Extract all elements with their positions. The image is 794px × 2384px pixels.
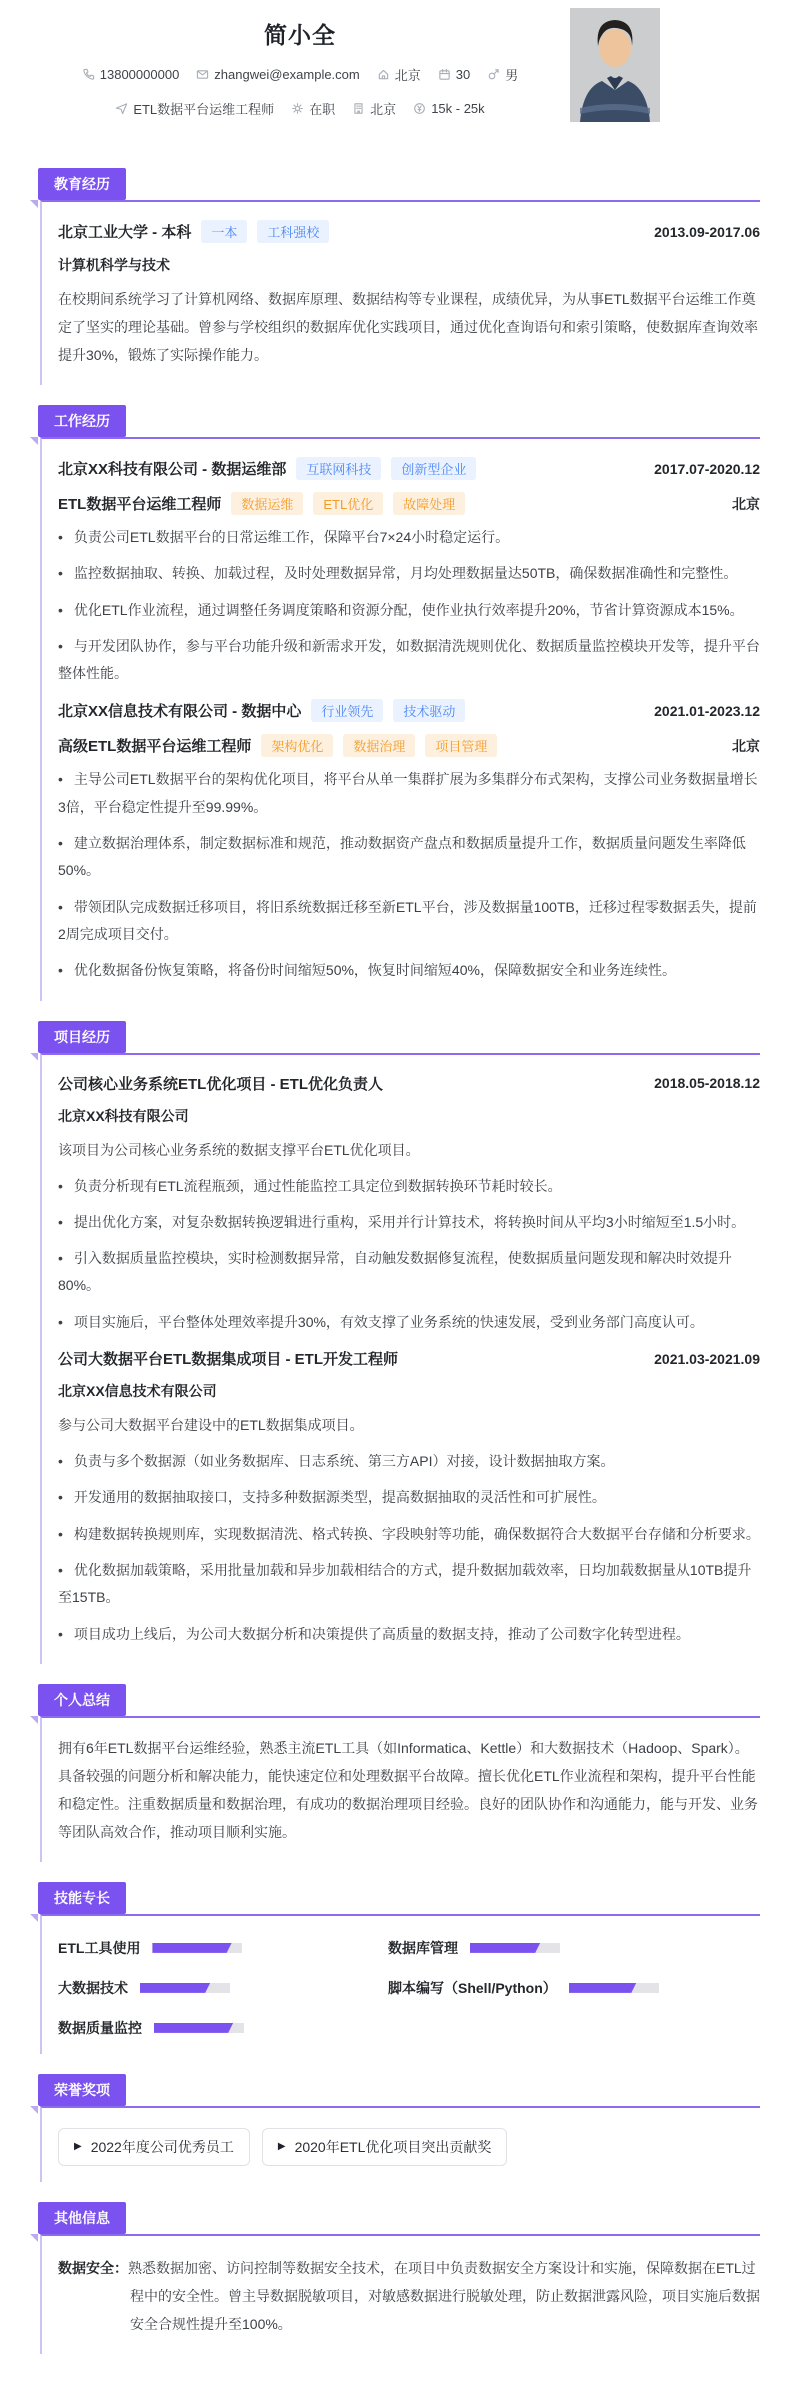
job-bullet: 与开发团队协作，参与平台功能升级和新需求开发，如数据清洗规则优化、数据质量监控模… bbox=[58, 633, 760, 688]
play-icon: ▶ bbox=[74, 2142, 82, 2152]
company-name: 北京XX科技有限公司 - 数据运维部 bbox=[58, 458, 286, 479]
project-bullet: 提出优化方案，对复杂数据转换逻辑进行重构，采用并行计算技术，将转换时间从平均3小… bbox=[58, 1209, 760, 1236]
education-tag: 一本 bbox=[201, 220, 247, 243]
role-tag: 架构优化 bbox=[261, 734, 333, 757]
project-bullet: 项目成功上线后，为公司大数据分析和决策提供了高质量的数据支持，推动了公司数字化转… bbox=[58, 1621, 760, 1648]
section-honors-body: ▶ 2022年度公司优秀员工 ▶ 2020年ETL优化项目突出贡献奖 bbox=[40, 2106, 760, 2182]
project-description: 该项目为公司核心业务系统的数据支撑平台ETL优化项目。 bbox=[58, 1136, 760, 1164]
contact-city-text: 北京 bbox=[370, 99, 396, 118]
role-tag: 数据治理 bbox=[343, 734, 415, 757]
section-education: 教育经历 北京工业大学 - 本科 一本 工科强校 2013.09-2017.06… bbox=[0, 148, 794, 385]
project-company-row: 北京XX科技有限公司 bbox=[58, 1106, 760, 1126]
contact-age-text: 30 bbox=[456, 67, 470, 82]
project-bullet: 构建数据转换规则库，实现数据清洗、格式转换、字段映射等功能，确保数据符合大数据平… bbox=[58, 1521, 760, 1548]
skill-item: 数据质量监控 bbox=[58, 2018, 388, 2038]
contact-location-text: 北京 bbox=[395, 65, 421, 84]
project-bullet: 负责分析现有ETL流程瓶颈，通过性能监控工具定位到数据转换环节耗时较长。 bbox=[58, 1173, 760, 1200]
section-education-body: 北京工业大学 - 本科 一本 工科强校 2013.09-2017.06 计算机科… bbox=[40, 200, 760, 385]
gear-icon bbox=[291, 102, 304, 115]
company-tag: 创新型企业 bbox=[391, 457, 476, 480]
skill-item: 数据库管理 bbox=[388, 1938, 760, 1958]
section-other-body: 数据安全：熟悉数据加密、访问控制等数据安全技术，在项目中负责数据安全方案设计和实… bbox=[40, 2234, 760, 2354]
honor-chip: ▶ 2020年ETL优化项目突出贡献奖 bbox=[262, 2128, 508, 2166]
skill-bar bbox=[140, 1983, 230, 1993]
section-skills-body: ETL工具使用 数据库管理 大数据技术 脚本编写（Shell/Python） 数… bbox=[40, 1914, 760, 2054]
job-bullet: 负责公司ETL数据平台的日常运维工作，保障平台7×24小时稳定运行。 bbox=[58, 524, 760, 551]
section-summary-body: 拥有6年ETL数据平台运维经验，熟悉主流ETL工具（如Informatica、K… bbox=[40, 1716, 760, 1862]
section-projects: 项目经历 公司核心业务系统ETL优化项目 - ETL优化负责人 2018.05-… bbox=[0, 1001, 794, 1664]
project-title-left: 公司核心业务系统ETL优化项目 - ETL优化负责人 bbox=[58, 1073, 654, 1094]
education-tag: 工科强校 bbox=[257, 220, 329, 243]
section-skills: 技能专长 ETL工具使用 数据库管理 大数据技术 脚本编写（Shell/Pyth… bbox=[0, 1862, 794, 2054]
contact-phone-text: 13800000000 bbox=[100, 67, 180, 82]
job-bullet: 监控数据抽取、转换、加载过程，及时处理数据异常，月均处理数据量达50TB，确保数… bbox=[58, 560, 760, 587]
skill-label: 数据质量监控 bbox=[58, 2018, 142, 2038]
job-role-left: ETL数据平台运维工程师 数据运维 ETL优化 故障处理 bbox=[58, 492, 732, 515]
education-major: 计算机科学与技术 bbox=[58, 255, 170, 275]
job-role: ETL数据平台运维工程师 bbox=[58, 493, 221, 514]
honor-chips: ▶ 2022年度公司优秀员工 ▶ 2020年ETL优化项目突出贡献奖 bbox=[58, 2128, 760, 2166]
education-school-row: 北京工业大学 - 本科 一本 工科强校 2013.09-2017.06 bbox=[58, 220, 760, 243]
honor-chip: ▶ 2022年度公司优秀员工 bbox=[58, 2128, 250, 2166]
contact-city: 北京 bbox=[352, 99, 396, 118]
role-tag: 项目管理 bbox=[425, 734, 497, 757]
section-honors-badge: 荣誉奖项 bbox=[38, 2074, 126, 2106]
project-company: 北京XX信息技术有限公司 bbox=[58, 1381, 217, 1401]
project-description: 参与公司大数据平台建设中的ETL数据集成项目。 bbox=[58, 1411, 760, 1439]
section-projects-body: 公司核心业务系统ETL优化项目 - ETL优化负责人 2018.05-2018.… bbox=[40, 1053, 760, 1664]
section-other-badge: 其他信息 bbox=[38, 2202, 126, 2234]
phone-icon bbox=[82, 68, 95, 81]
company-tag: 互联网科技 bbox=[296, 457, 381, 480]
project-bullet: 优化数据加载策略，采用批量加载和异步加载相结合的方式，提升数据加载效率，日均加载… bbox=[58, 1557, 760, 1612]
contact-position: ETL数据平台运维工程师 bbox=[115, 99, 274, 118]
profile-photo-image bbox=[570, 8, 660, 122]
project-date: 2018.05-2018.12 bbox=[654, 1075, 760, 1091]
education-date: 2013.09-2017.06 bbox=[654, 224, 760, 240]
contact-salary-text: 15k - 25k bbox=[431, 101, 484, 116]
job-company-left: 北京XX科技有限公司 - 数据运维部 互联网科技 创新型企业 bbox=[58, 457, 654, 480]
job-bullet: 建立数据治理体系，制定数据标准和规范，推动数据资产盘点和数据质量提升工作，数据质… bbox=[58, 830, 760, 885]
project-title-row: 公司大数据平台ETL数据集成项目 - ETL开发工程师 2021.03-2021… bbox=[58, 1348, 760, 1369]
project-company: 北京XX科技有限公司 bbox=[58, 1106, 189, 1126]
skill-label: ETL工具使用 bbox=[58, 1938, 140, 1958]
contact-email: zhangwei@example.com bbox=[196, 67, 359, 82]
project-title-row: 公司核心业务系统ETL优化项目 - ETL优化负责人 2018.05-2018.… bbox=[58, 1073, 760, 1094]
project-bullet: 开发通用的数据抽取接口，支持多种数据源类型，提高数据抽取的灵活性和可扩展性。 bbox=[58, 1484, 760, 1511]
skill-label: 脚本编写（Shell/Python） bbox=[388, 1978, 557, 1998]
skill-bar-fill bbox=[470, 1943, 540, 1953]
skill-bar bbox=[470, 1943, 560, 1953]
play-icon: ▶ bbox=[278, 2142, 286, 2152]
job-role: 高级ETL数据平台运维工程师 bbox=[58, 735, 251, 756]
honor-text: 2020年ETL优化项目突出贡献奖 bbox=[295, 2137, 492, 2157]
skill-bar-fill bbox=[140, 1983, 210, 1993]
skill-item: ETL工具使用 bbox=[58, 1938, 388, 1958]
contact-status-text: 在职 bbox=[309, 99, 335, 118]
section-work-body: 北京XX科技有限公司 - 数据运维部 互联网科技 创新型企业 2017.07-2… bbox=[40, 437, 760, 1001]
contact-salary: 15k - 25k bbox=[413, 101, 484, 116]
contact-row-1: 13800000000 zhangwei@example.com 北京 30 男 bbox=[30, 65, 570, 84]
job-date: 2017.07-2020.12 bbox=[654, 461, 760, 477]
skill-item: 脚本编写（Shell/Python） bbox=[388, 1978, 760, 1998]
education-major-row: 计算机科学与技术 bbox=[58, 255, 760, 275]
job-bullet: 带领团队完成数据迁移项目，将旧系统数据迁移至新ETL平台，涉及数据量100TB，… bbox=[58, 894, 760, 949]
job-company-row: 北京XX信息技术有限公司 - 数据中心 行业领先 技术驱动 2021.01-20… bbox=[58, 699, 760, 722]
role-tag: 数据运维 bbox=[231, 492, 303, 515]
mail-icon bbox=[196, 68, 209, 81]
header-text-block: 简小全 13800000000 zhangwei@example.com 北京 … bbox=[30, 0, 570, 118]
project-bullet: 负责与多个数据源（如业务数据库、日志系统、第三方API）对接，设计数据抽取方案。 bbox=[58, 1448, 760, 1475]
section-honors: 荣誉奖项 ▶ 2022年度公司优秀员工 ▶ 2020年ETL优化项目突出贡献奖 bbox=[0, 2054, 794, 2182]
section-education-badge: 教育经历 bbox=[38, 168, 126, 200]
section-work-badge: 工作经历 bbox=[38, 405, 126, 437]
contact-phone: 13800000000 bbox=[82, 67, 180, 82]
role-tag: 故障处理 bbox=[393, 492, 465, 515]
education-description: 在校期间系统学习了计算机网络、数据库原理、数据结构等专业课程，成绩优异，为从事E… bbox=[58, 285, 760, 369]
skill-bar bbox=[152, 1943, 242, 1953]
honor-text: 2022年度公司优秀员工 bbox=[91, 2137, 234, 2157]
other-info-text: 熟悉数据加密、访问控制等数据安全技术，在项目中负责数据安全方案设计和实施，保障数… bbox=[128, 2260, 760, 2332]
project-title-left: 公司大数据平台ETL数据集成项目 - ETL开发工程师 bbox=[58, 1348, 654, 1369]
profile-photo bbox=[570, 8, 660, 122]
job-bullet: 优化数据备份恢复策略，将备份时间缩短50%，恢复时间缩短40%，保障数据安全和业… bbox=[58, 957, 760, 984]
skill-bar-fill bbox=[569, 1983, 637, 1993]
send-icon bbox=[115, 102, 128, 115]
job-company-row: 北京XX科技有限公司 - 数据运维部 互联网科技 创新型企业 2017.07-2… bbox=[58, 457, 760, 480]
skills-grid: ETL工具使用 数据库管理 大数据技术 脚本编写（Shell/Python） 数… bbox=[58, 1938, 760, 2038]
job-date: 2021.01-2023.12 bbox=[654, 703, 760, 719]
section-summary-badge: 个人总结 bbox=[38, 1684, 126, 1716]
job-role-row: ETL数据平台运维工程师 数据运维 ETL优化 故障处理 北京 bbox=[58, 492, 760, 515]
job-location: 北京 bbox=[732, 494, 760, 514]
skill-bar-fill bbox=[152, 1943, 231, 1953]
contact-gender-text: 男 bbox=[505, 65, 518, 84]
contact-position-text: ETL数据平台运维工程师 bbox=[133, 99, 274, 118]
other-info: 数据安全：熟悉数据加密、访问控制等数据安全技术，在项目中负责数据安全方案设计和实… bbox=[58, 2254, 760, 2338]
project-company-row: 北京XX信息技术有限公司 bbox=[58, 1381, 760, 1401]
contact-age: 30 bbox=[438, 67, 470, 82]
job-bullet: 主导公司ETL数据平台的架构优化项目，将平台从单一集群扩展为多集群分布式架构，支… bbox=[58, 766, 760, 821]
section-other: 其他信息 数据安全：熟悉数据加密、访问控制等数据安全技术，在项目中负责数据安全方… bbox=[0, 2182, 794, 2354]
other-info-label: 数据安全： bbox=[58, 2260, 128, 2276]
education-school-left: 北京工业大学 - 本科 一本 工科强校 bbox=[58, 220, 654, 243]
contact-row-2: ETL数据平台运维工程师 在职 北京 15k - 25k bbox=[30, 99, 570, 118]
school-name: 北京工业大学 - 本科 bbox=[58, 221, 191, 242]
job-role-row: 高级ETL数据平台运维工程师 架构优化 数据治理 项目管理 北京 bbox=[58, 734, 760, 757]
skill-bar bbox=[569, 1983, 659, 1993]
skill-item: 大数据技术 bbox=[58, 1978, 388, 1998]
skill-bar bbox=[154, 2023, 244, 2033]
resume-page: 简小全 13800000000 zhangwei@example.com 北京 … bbox=[0, 0, 794, 2384]
project-date: 2021.03-2021.09 bbox=[654, 1351, 760, 1367]
calendar-icon bbox=[438, 68, 451, 81]
job-company-left: 北京XX信息技术有限公司 - 数据中心 行业领先 技术驱动 bbox=[58, 699, 654, 722]
job-bullet: 优化ETL作业流程，通过调整任务调度策略和资源分配，使作业执行效率提升20%，节… bbox=[58, 597, 760, 624]
project-bullet: 引入数据质量监控模块，实时检测数据异常，自动触发数据修复流程，使数据质量问题发现… bbox=[58, 1245, 760, 1300]
section-skills-badge: 技能专长 bbox=[38, 1882, 126, 1914]
skill-bar-fill bbox=[154, 2023, 233, 2033]
role-tag: ETL优化 bbox=[313, 492, 383, 515]
gender-icon bbox=[487, 68, 500, 81]
job-location: 北京 bbox=[732, 736, 760, 756]
contact-email-text: zhangwei@example.com bbox=[214, 67, 359, 82]
home-icon bbox=[377, 68, 390, 81]
summary-text: 拥有6年ETL数据平台运维经验，熟悉主流ETL工具（如Informatica、K… bbox=[58, 1734, 760, 1846]
section-summary: 个人总结 拥有6年ETL数据平台运维经验，熟悉主流ETL工具（如Informat… bbox=[0, 1664, 794, 1862]
company-tag: 行业领先 bbox=[311, 699, 383, 722]
coin-icon bbox=[413, 102, 426, 115]
section-work: 工作经历 北京XX科技有限公司 - 数据运维部 互联网科技 创新型企业 2017… bbox=[0, 385, 794, 1001]
contact-location: 北京 bbox=[377, 65, 421, 84]
project-name: 公司大数据平台ETL数据集成项目 - ETL开发工程师 bbox=[58, 1348, 398, 1369]
building-icon bbox=[352, 102, 365, 115]
project-bullet: 项目实施后，平台整体处理效率提升30%，有效支撑了业务系统的快速发展，受到业务部… bbox=[58, 1309, 760, 1336]
company-tag: 技术驱动 bbox=[393, 699, 465, 722]
skill-label: 大数据技术 bbox=[58, 1978, 128, 1998]
contact-gender: 男 bbox=[487, 65, 518, 84]
company-name: 北京XX信息技术有限公司 - 数据中心 bbox=[58, 700, 301, 721]
project-name: 公司核心业务系统ETL优化项目 - ETL优化负责人 bbox=[58, 1073, 383, 1094]
job-role-left: 高级ETL数据平台运维工程师 架构优化 数据治理 项目管理 bbox=[58, 734, 732, 757]
section-projects-badge: 项目经历 bbox=[38, 1021, 126, 1053]
contact-status: 在职 bbox=[291, 99, 335, 118]
candidate-name: 简小全 bbox=[30, 17, 570, 50]
resume-header: 简小全 13800000000 zhangwei@example.com 北京 … bbox=[0, 0, 794, 148]
skill-label: 数据库管理 bbox=[388, 1938, 458, 1958]
